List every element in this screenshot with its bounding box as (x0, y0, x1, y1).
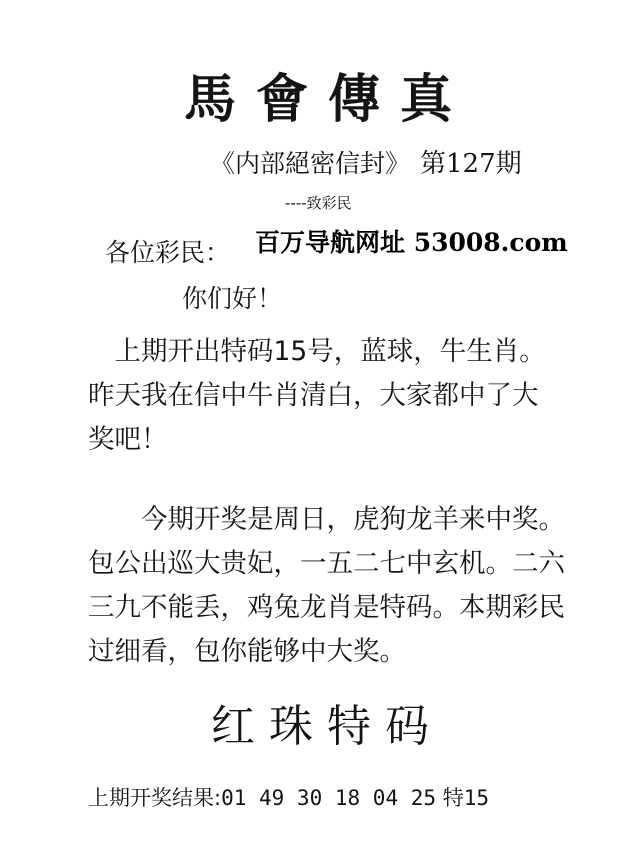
special-label: 特 (443, 786, 464, 810)
website-banner: 百万导航网址 53008.com (255, 226, 568, 260)
issue-number: 第127期 (420, 149, 522, 179)
paragraph-line: 包公出巡大贵妃，一五二七中玄机。二六 (88, 542, 608, 586)
paragraph-line: 上期开出特码15号，蓝球，牛生肖。 (88, 330, 608, 374)
paragraph-line: 三九不能丢，鸡兔龙肖是特码。本期彩民 (88, 586, 608, 630)
paragraph-line: 今期开奖是周日，虎狗龙羊来中奖。 (88, 498, 608, 542)
special-number: 15 (464, 786, 489, 810)
subtitle-text: 《内部絕密信封》 (210, 149, 410, 178)
dedication: ----致彩民 (285, 193, 352, 213)
results-label: 上期开奖结果: (88, 786, 221, 810)
greeting: 你们好！ (182, 283, 282, 315)
previous-results: 上期开奖结果:01 49 30 18 04 25 特15 (88, 783, 489, 813)
paragraph-current-tips: 今期开奖是周日，虎狗龙羊来中奖。 包公出巡大贵妃，一五二七中玄机。二六 三九不能… (88, 498, 608, 674)
paragraph-line: 昨天我在信中牛肖清白，大家都中了大 (88, 374, 608, 418)
paragraph-previous-result: 上期开出特码15号，蓝球，牛生肖。 昨天我在信中牛肖清白，大家都中了大 奖吧！ (88, 330, 608, 462)
results-numbers: 01 49 30 18 04 25 (221, 786, 436, 810)
paragraph-line: 奖吧！ (88, 418, 608, 462)
salutation: 各位彩民： (105, 237, 230, 269)
page-title: 馬會傳真 (0, 70, 640, 130)
section-heading: 红珠特码 (0, 697, 640, 757)
paragraph-line: 过细看，包你能够中大奖。 (88, 630, 608, 674)
subtitle: 《内部絕密信封》第127期 (210, 148, 522, 180)
